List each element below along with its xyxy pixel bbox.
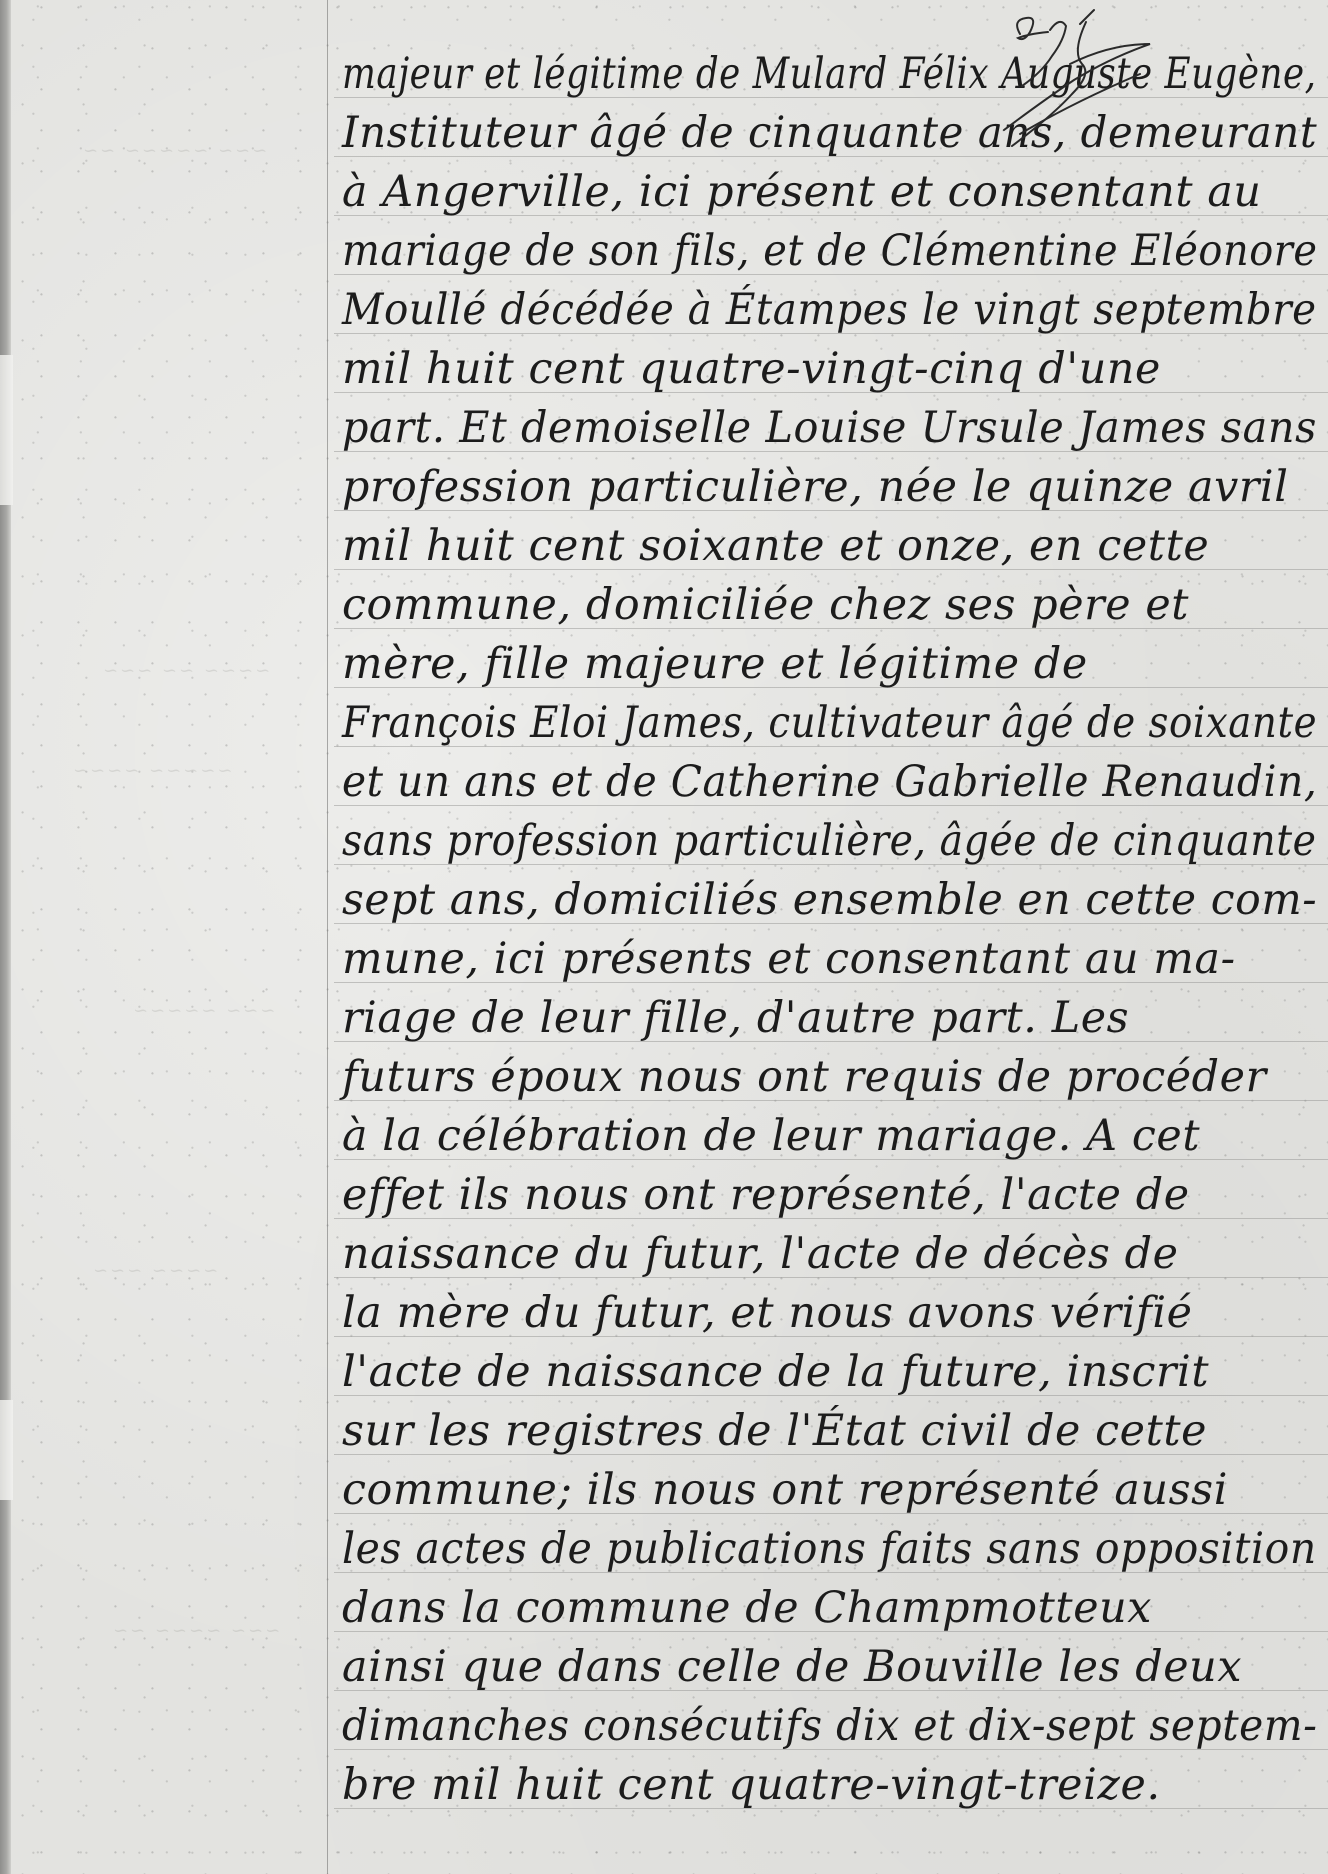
bleed-through-text: ~~~~ ~~ ~~~ <box>101 660 270 681</box>
text-line: sept ans, domiciliés ensemble en cette c… <box>342 869 1311 925</box>
text-line: effet ils nous ont représenté, l'acte de <box>342 1164 1317 1220</box>
text-line: à Angerville, ici présent et consentant … <box>342 161 1317 217</box>
text-line: riage de leur fille, d'autre part. Les <box>342 987 1317 1043</box>
text-line: et un ans et de Catherine Gabrielle Rena… <box>342 751 1270 807</box>
text-line: les actes de publications faits sans opp… <box>342 1518 1274 1574</box>
bleed-through-text: ~~~ ~~~~~ <box>131 1000 275 1021</box>
text-line: Moullé décédée à Étampes le vingt septem… <box>342 279 1263 335</box>
text-line: à la célébration de leur mariage. A cet <box>342 1105 1317 1161</box>
register-page: ~~~ ~~~~~ ~~ ~~~~ ~~ ~~~ ~~~~~ ~~~~ ~~~ … <box>0 0 1328 1874</box>
text-line: naissance du futur, l'acte de décès de <box>342 1223 1317 1279</box>
margin-rule <box>327 0 328 1874</box>
text-line: sur les registres de l'État civil de cet… <box>342 1400 1317 1456</box>
text-line: dans la commune de Champmotteux <box>342 1577 1317 1633</box>
text-line: l'acte de naissance de la future, inscri… <box>342 1341 1317 1397</box>
bleed-through-text: ~~~~~ ~~~~ <box>71 760 232 781</box>
text-line: majeur et légitime de Mulard Félix Augus… <box>342 43 1155 99</box>
text-line: mune, ici présents et consentant au ma- <box>342 928 1317 984</box>
text-line: mil huit cent quatre-vingt-cinq d'une <box>342 338 1317 394</box>
text-line: mère, fille majeure et légitime de <box>342 633 1317 689</box>
bleed-through-text: ~~~ ~~~~ ~~ <box>111 1620 280 1641</box>
binding-edge <box>0 0 11 1874</box>
handwritten-text-block: majeur et légitime de Mulard Félix Augus… <box>334 0 1328 1874</box>
text-line: part. Et demoiselle Louise Ursule James … <box>342 397 1285 453</box>
text-line: Instituteur âgé de cinquante ans, demeur… <box>342 102 1295 158</box>
text-line: profession particulière, née le quinze a… <box>342 456 1317 512</box>
bleed-through-text: ~~~ ~~~~~ ~~ <box>81 140 267 161</box>
text-line: la mère du futur, et nous avons vérifié <box>342 1282 1317 1338</box>
text-line: mariage de son fils, et de Clémentine El… <box>342 220 1250 276</box>
left-margin: ~~~ ~~~~~ ~~ ~~~~ ~~ ~~~ ~~~~~ ~~~~ ~~~ … <box>11 0 327 1874</box>
text-line: commune, domiciliée chez ses père et <box>342 574 1317 630</box>
text-line: François Eloi James, cultivateur âgé de … <box>342 692 1226 748</box>
bleed-through-text: ~~~~ ~~~ <box>91 1260 218 1281</box>
text-line: bre mil huit cent quatre-vingt-treize. <box>342 1754 1317 1810</box>
text-line: mil huit cent soixante et onze, en cette <box>342 515 1317 571</box>
text-line: commune; ils nous ont représenté aussi <box>342 1459 1317 1515</box>
text-line: ainsi que dans celle de Bouville les deu… <box>342 1636 1317 1692</box>
text-line: dimanches consécutifs dix et dix-sept se… <box>342 1695 1271 1751</box>
text-line: futurs époux nous ont requis de procéder <box>342 1046 1317 1102</box>
text-line: sans profession particulière, âgée de ci… <box>342 810 1240 866</box>
